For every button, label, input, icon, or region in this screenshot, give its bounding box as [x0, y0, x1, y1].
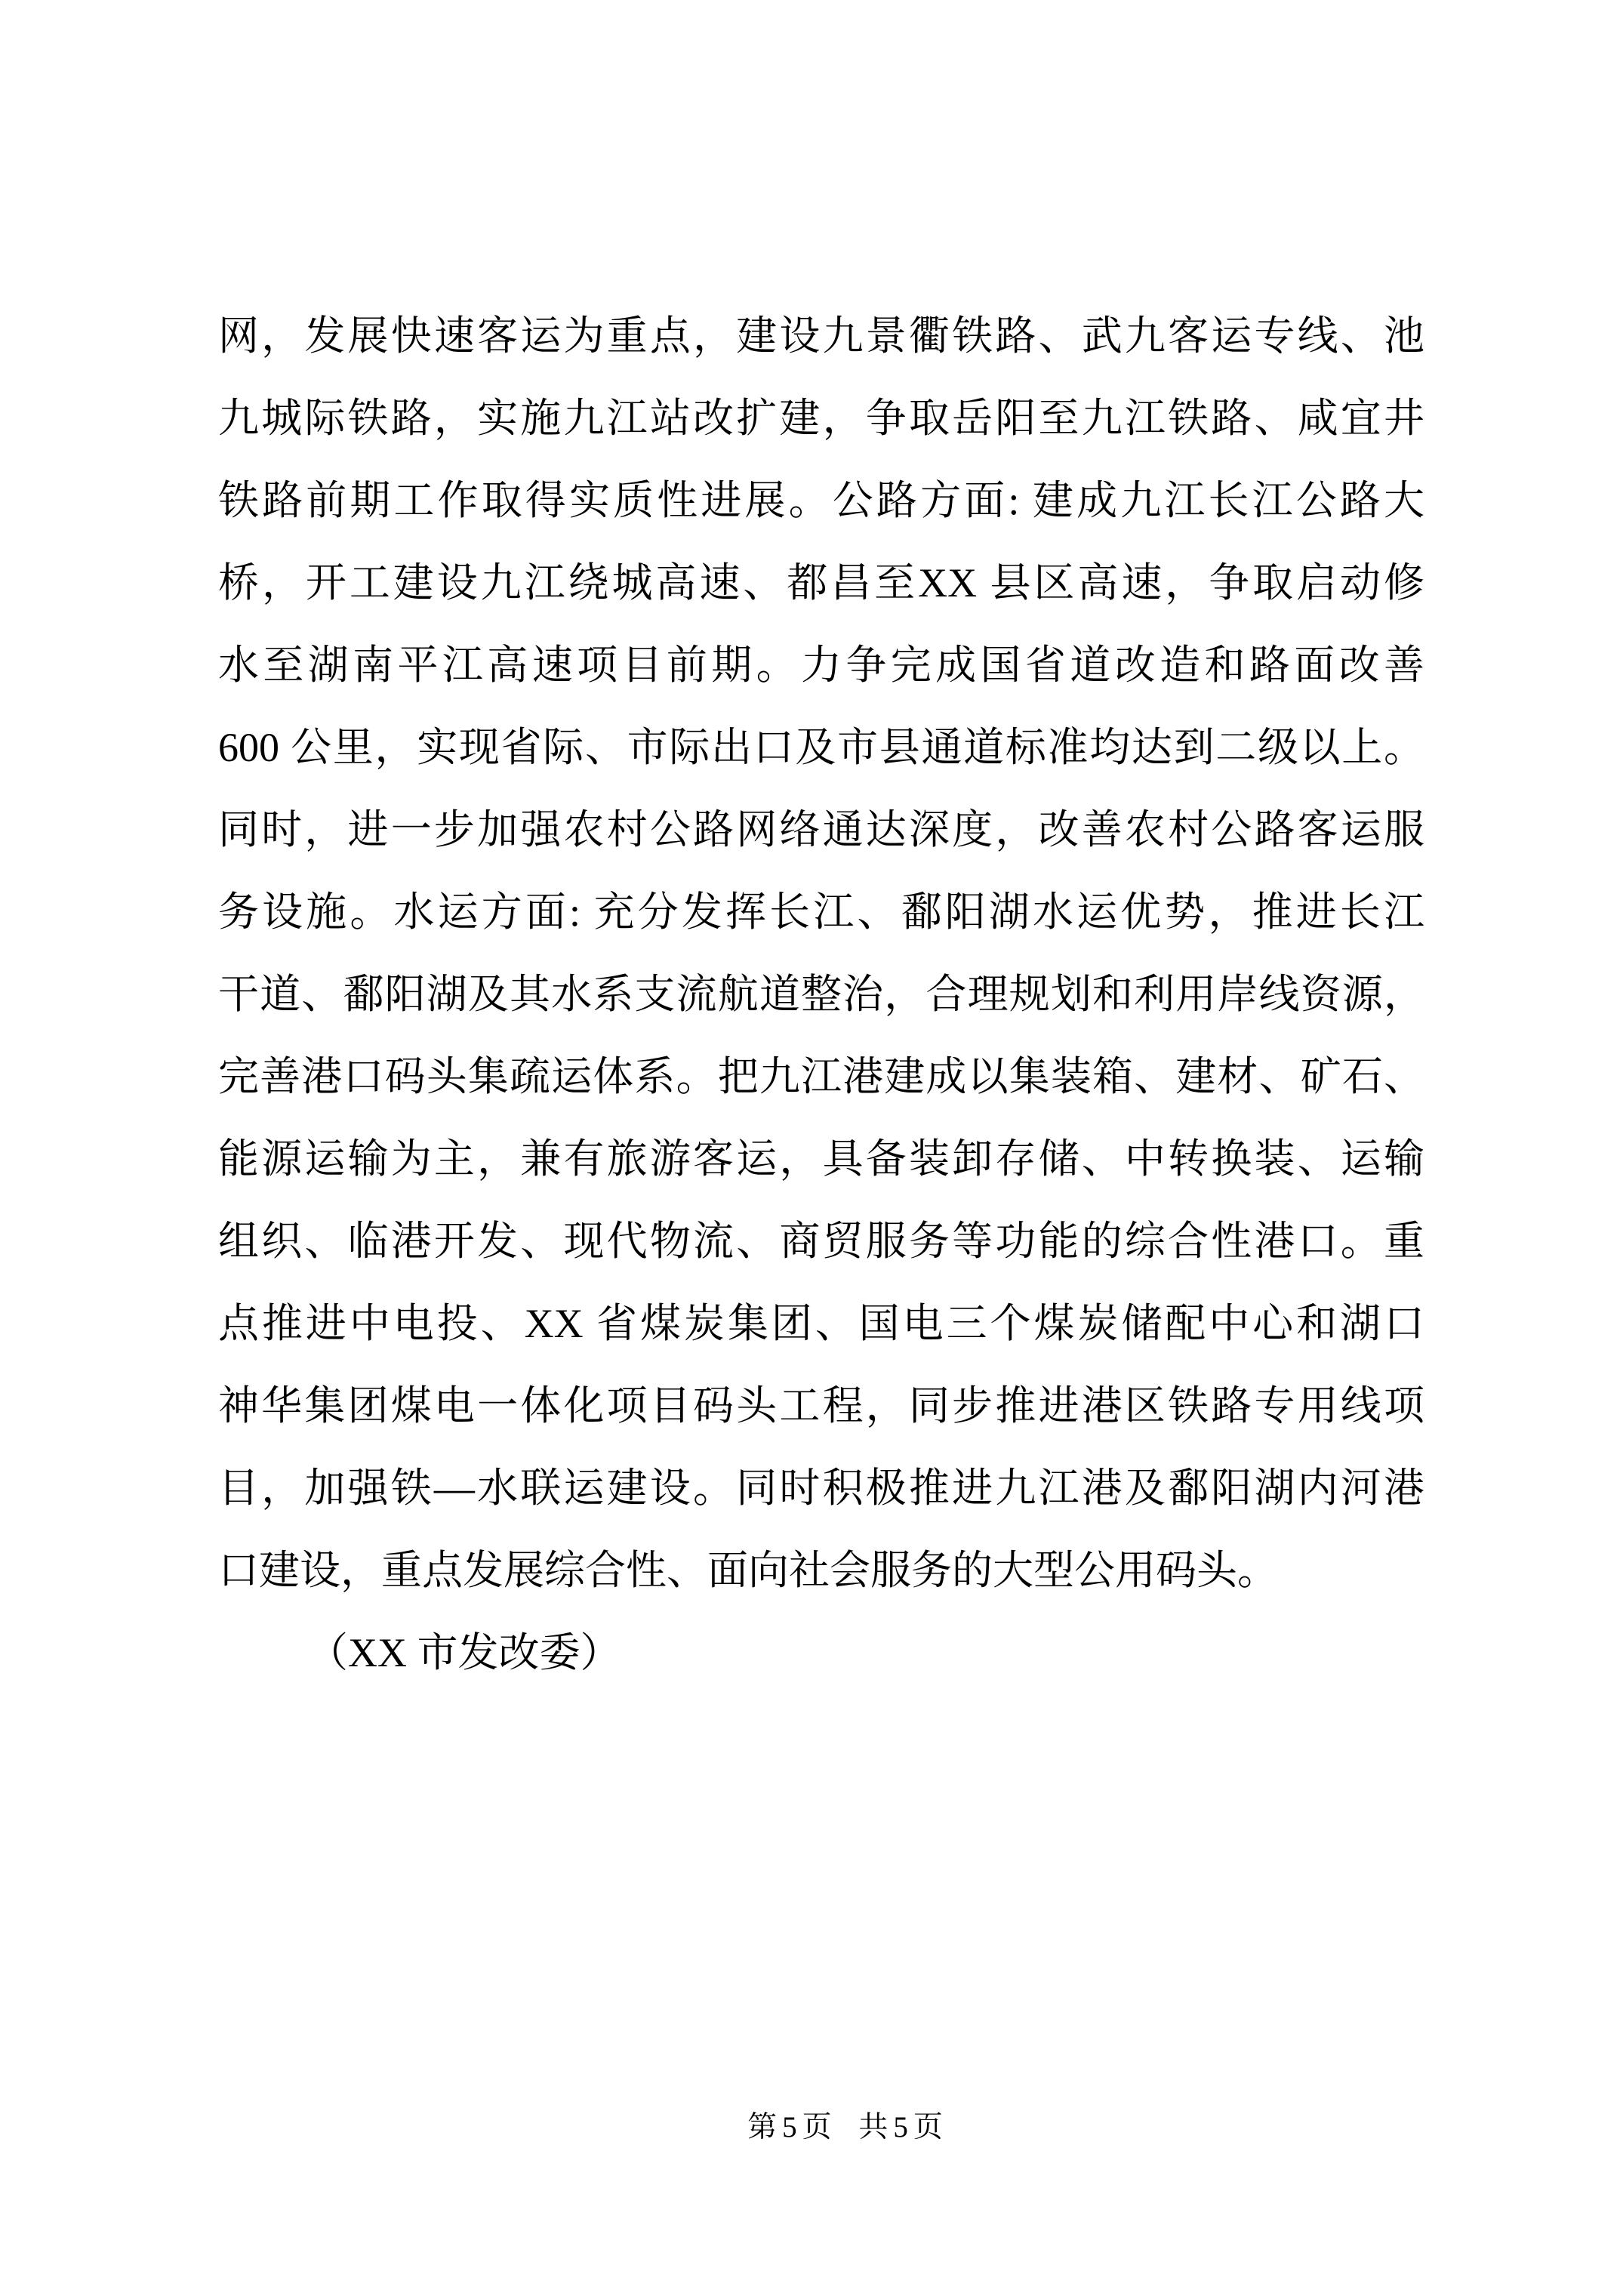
body-line: 完善港口码头集疏运体系。把九江港建成以集装箱、建材、矿石、: [218, 1036, 1424, 1118]
body-line: 务设施。水运方面: 充分发挥长江、鄱阳湖水运优势，推进长江: [218, 871, 1424, 954]
body-line: 组织、临港开发、现代物流、商贸服务等功能的综合性港口。重: [218, 1200, 1424, 1283]
body-line: 水至湖南平江高速项目前期。力争完成国省道改造和路面改善: [218, 624, 1424, 707]
body-line: 九城际铁路，实施九江站改扩建，争取岳阳至九江铁路、咸宜井: [218, 378, 1424, 460]
body-line: 铁路前期工作取得实质性进展。公路方面: 建成九江长江公路大: [218, 460, 1424, 542]
body-line: 点推进中电投、XX 省煤炭集团、国电三个煤炭储配中心和湖口: [218, 1283, 1424, 1365]
body-line: 目，加强铁—水联运建设。同时积极推进九江港及鄱阳湖内河港: [218, 1447, 1424, 1530]
body-line: 同时，进一步加强农村公路网络通达深度，改善农村公路客运服: [218, 789, 1424, 871]
document-body: 网，发展快速客运为重点，建设九景衢铁路、武九客运专线、池 九城际铁路，实施九江站…: [218, 295, 1424, 1694]
document-page: 网，发展快速客运为重点，建设九景衢铁路、武九客运专线、池 九城际铁路，实施九江站…: [0, 0, 1623, 2296]
page-number-footer: 第5页 共5页: [0, 2105, 1623, 2150]
body-line: 能源运输为主，兼有旅游客运，具备装卸存储、中转换装、运输: [218, 1118, 1424, 1200]
body-line-paragraph-end: 口建设，重点发展综合性、面向社会服务的大型公用码头。: [218, 1530, 1424, 1612]
signature-line: （XX 市发改委）: [218, 1612, 1424, 1694]
body-line: 干道、鄱阳湖及其水系支流航道整治，合理规划和利用岸线资源，: [218, 954, 1424, 1036]
body-line: 神华集团煤电一体化项目码头工程，同步推进港区铁路专用线项: [218, 1365, 1424, 1447]
body-line: 桥，开工建设九江绕城高速、都昌至XX 县区高速，争取启动修: [218, 542, 1424, 624]
body-line: 600 公里，实现省际、市际出口及市县通道标准均达到二级以上。: [218, 707, 1424, 789]
page-number-text: 第5页 共5页: [747, 2111, 948, 2143]
body-line: 网，发展快速客运为重点，建设九景衢铁路、武九客运专线、池: [218, 295, 1424, 378]
